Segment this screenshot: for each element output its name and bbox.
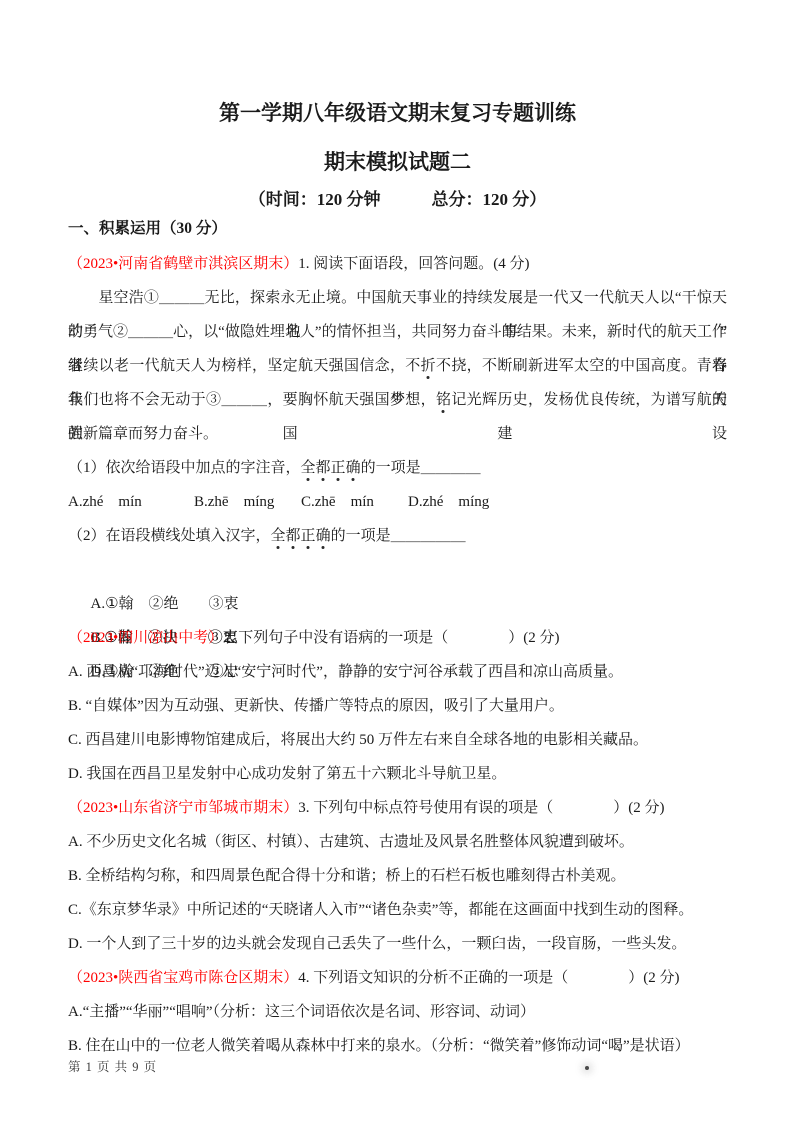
question-4-stem: 4. 下列语文知识的分析不正确的一项是（ ）(2 分) [298,970,679,986]
option-line: D. 一个人到了三十岁的边头就会发现自己丢失了一些什么，一颗臼齿，一段盲肠，一些… [68,927,727,961]
question-3-header: （2023•山东省济宁市邹城市期末）3. 下列句中标点符号使用有误的项是（ ）(… [68,791,727,825]
pinyin-options-row: A.zhé mín B.zhē míng C.zhē mín D.zhé mín… [68,485,727,519]
option-line: A. 西昌从“邛海时代”迈入“安宁河时代”，静静的安宁河谷承载了西昌和凉山高质量… [68,655,727,689]
passage-line: 的勇气②＿＿＿心，以“做隐姓埋名人”的情怀担当，共同努力奋斗的结果。未来，新时代… [68,315,727,349]
passage: 星空浩①＿＿＿无比，探索永无止境。中国航天事业的持续发展是一代又一代航天人以“干… [68,281,727,451]
pinyin-option-c: C.zhē mín [301,485,408,519]
hanzi-option-a: A.①翰 ②绝 ③衷 [91,587,296,621]
doc-meta: （时间：120 分钟 总分：120 分） [68,189,727,210]
question-2-source-tag: （2023•四川凉山中考） [68,630,223,646]
question-4-source-tag: （2023•陕西省宝鸡市陈仓区期末） [68,970,298,986]
passage-line: 我们也将不会无动于③＿＿＿，要胸怀航天强国梦想，铭记光辉历史，发杨优良传统，为谱… [68,383,727,417]
question-2-header: （2023•四川凉山中考）2. 下列句子中没有语病的一项是（ ）(2 分) [68,621,727,655]
pinyin-option-b: B.zhē míng [194,485,301,519]
option-line: B. 全桥结构匀称，和四周景色配合得十分和谐；桥上的石栏石板也雕刻得古朴美观。 [68,859,727,893]
pinyin-option-d: D.zhé míng [408,485,489,519]
passage-line: 星空浩①＿＿＿无比，探索永无止境。中国航天事业的持续发展是一代又一代航天人以“干… [68,281,727,315]
doc-title: 第一学期八年级语文期末复习专题训练 [68,100,727,127]
option-line: C. 西昌建川电影博物馆建成后，将展出大约 50 万件左右来自全球各地的电影相关… [68,723,727,757]
stray-mark [585,1066,589,1070]
hanzi-options-row: A.①翰 ②绝 ③衷 B.①瀚 ②决 ③衷 [68,553,727,587]
option-line: A.“主播”“华丽”“唱响”（分析：这三个词语依次是名词、形容词、动词） [68,995,727,1029]
option-line: B. “自媒体”因为互动强、更新快、传播广等特点的原因，吸引了大量用户。 [68,689,727,723]
question-1-stem: 1. 阅读下面语段，回答问题。(4 分) [298,256,529,272]
option-line: C.《东京梦华录》中所记述的“天晓诸人入市”“诸色杂卖”等，都能在这画面中找到生… [68,893,727,927]
option-line: A. 不少历史文化名城（街区、村镇）、古建筑、古遗址及风景名胜整体风貌遭到破坏。 [68,825,727,859]
passage-line: 继续以老一代航天人为榜样，坚定航天强国信念，不折不挠，不断刷新进军太空的中国高度… [68,349,727,383]
option-line: B. 住在山中的一位老人微笑着喝从森林中打来的泉水。（分析：“微笑着”修饰动词“… [68,1029,727,1063]
page-footer: 第 1 页 共 9 页 [68,1059,157,1075]
section-heading: 一、积累运用（30 分） [68,218,727,240]
document-body: （2023•河南省鹤壁市淇滨区期末）1. 阅读下面语段，回答问题。(4 分) 星… [68,247,727,1063]
pinyin-option-a: A.zhé mín [68,485,194,519]
sub-question-1: （1）依次给语段中加点的字注音，全都正确的一项是＿＿＿＿ [68,451,727,485]
doc-subtitle: 期末模拟试题二 [68,149,727,176]
sub-question-2: （2）在语段横线处填入汉字，全都正确的一项是＿＿＿＿＿ [68,519,727,553]
option-line: D. 我国在西昌卫星发射中心成功发射了第五十六颗北斗导航卫星。 [68,757,727,791]
question-1-source-tag: （2023•河南省鹤壁市淇滨区期末） [68,256,298,272]
document-page: 第一学期八年级语文期末复习专题训练 期末模拟试题二 （时间：120 分钟 总分：… [0,0,793,1122]
question-1-header: （2023•河南省鹤壁市淇滨区期末）1. 阅读下面语段，回答问题。(4 分) [68,247,727,281]
question-3-source-tag: （2023•山东省济宁市邹城市期末） [68,800,298,816]
question-2-stem: 2. 下列句子中没有语病的一项是（ ）(2 分) [223,630,559,646]
question-4-header: （2023•陕西省宝鸡市陈仓区期末）4. 下列语文知识的分析不正确的一项是（ ）… [68,961,727,995]
question-3-stem: 3. 下列句中标点符号使用有误的项是（ ）(2 分) [298,800,664,816]
